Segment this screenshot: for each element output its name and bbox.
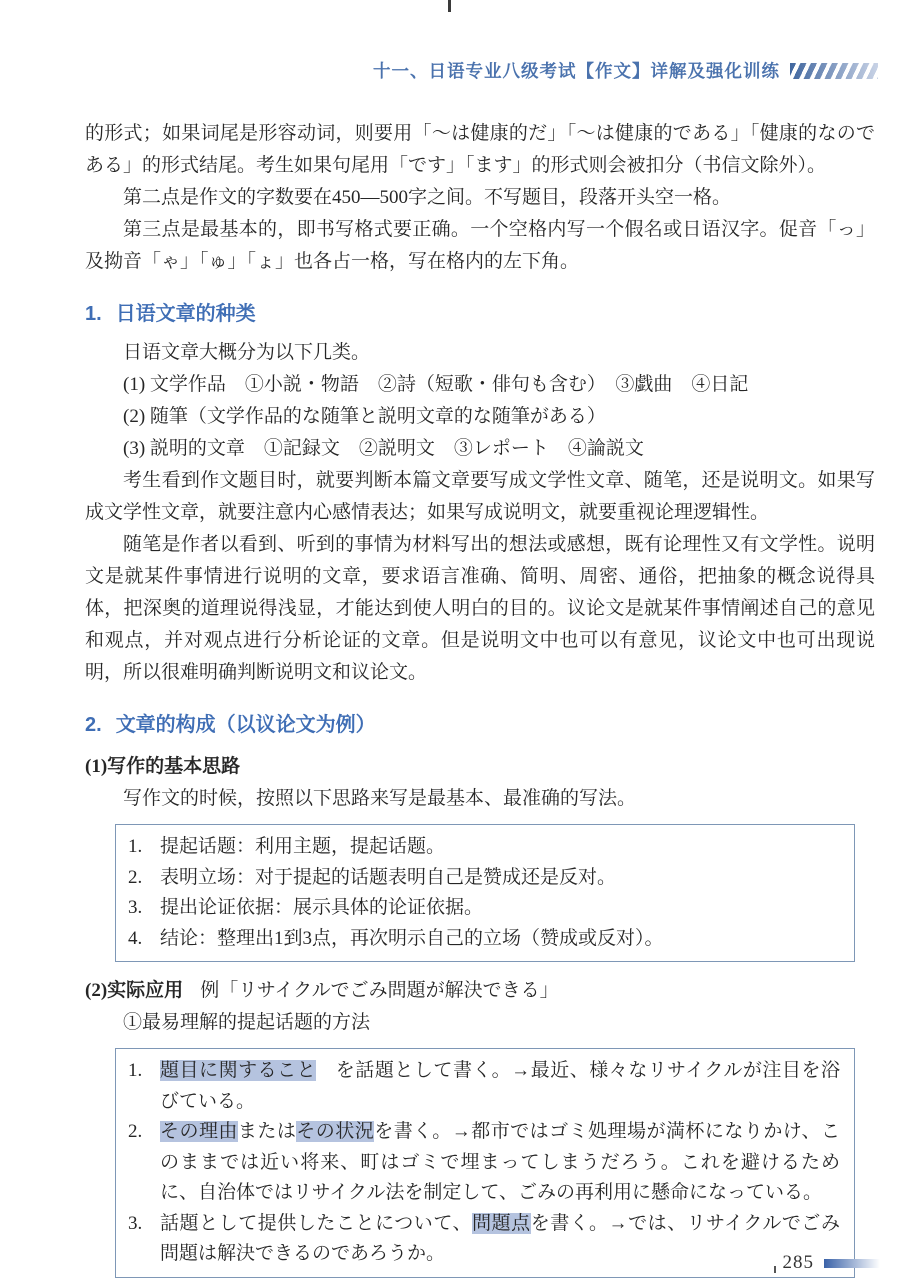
- section-1-paragraph-1: 考生看到作文题目时，就要判断本篇文章要写成文学性文章、随笔，还是说明文。如果写成…: [85, 465, 875, 529]
- highlighted-phrase: その理由: [160, 1121, 238, 1142]
- section-1-heading: 1.日语文章的种类: [85, 298, 875, 330]
- box-item-text: 表明立场：对于提起的话题表明自己是赞成还是反对。: [160, 863, 840, 894]
- chapter-title: 十一、日语专业八级考试【作文】详解及强化训练: [373, 58, 780, 83]
- section-2-heading: 2.文章的构成（以议论文为例）: [85, 709, 875, 741]
- book-page: 十一、日语专业八级考试【作文】详解及强化训练 的形式；如果词尾是形容动词，则要用…: [0, 0, 900, 1286]
- page-content: 的形式；如果词尾是形容动词，则要用「～は健康的だ」「～は健康的である」「健康的な…: [85, 118, 875, 1286]
- box-item: 1. 提起话题：利用主题，提起话题。: [128, 832, 840, 863]
- page-number: 285: [783, 1252, 815, 1274]
- box-item-text: 提起话题：利用主题，提起话题。: [160, 832, 840, 863]
- box-item-number: 3.: [128, 893, 160, 924]
- crop-mark-top: [448, 0, 451, 12]
- method-heading: ①最易理解的提起话题的方法: [85, 1007, 875, 1039]
- subsection-2-label-text: (2)实际应用: [85, 980, 183, 1001]
- type-line-literary: (1) 文学作品 ①小説・物語 ②詩（短歌・俳句も含む） ③戯曲 ④日記: [85, 369, 875, 401]
- section-1-paragraph-2: 随笔是作者以看到、听到的事情为材料写出的想法或感想，既有论理性又有文学性。说明文…: [85, 529, 875, 689]
- slashes-decoration-icon: [790, 63, 878, 79]
- plain-phrase: 話題として提供したことについて、: [160, 1213, 472, 1234]
- box-item-number: 3.: [128, 1209, 160, 1270]
- highlighted-phrase: 題目に関すること: [160, 1060, 316, 1081]
- footer-tick-mark: [774, 1266, 776, 1273]
- subsection-2-label: (2)实际应用例「リサイクルでごみ問題が解決できる」: [85, 975, 875, 1007]
- type-line-expository: (3) 説明的文章 ①記録文 ②説明文 ③レポート ④論説文: [85, 433, 875, 465]
- box-item: 2. 表明立场：对于提起的话题表明自己是赞成还是反对。: [128, 863, 840, 894]
- section-1-title: 日语文章的种类: [116, 303, 256, 325]
- box-item-number: 1.: [128, 1056, 160, 1117]
- type-line-essay: (2) 随筆（文学作品的な随筆と説明文章的な随筆がある）: [85, 401, 875, 433]
- application-box: 1. 題目に関すること を話題として書く。→最近、様々なリサイクルが注目を浴びて…: [115, 1048, 855, 1278]
- box-item-text: その理由またはその状況を書く。→都市ではゴミ処理場が満杯になりかけ、このままでは…: [160, 1117, 840, 1209]
- box-item-number: 4.: [128, 924, 160, 955]
- paragraph-continuation: 的形式；如果词尾是形容动词，则要用「～は健康的だ」「～は健康的である」「健康的な…: [85, 118, 875, 182]
- subsection-2-example: 例「リサイクルでごみ問題が解決できる」: [200, 980, 558, 1001]
- basic-structure-box: 1. 提起话题：利用主题，提起话题。 2. 表明立场：对于提起的话题表明自己是赞…: [115, 824, 855, 962]
- subsection-1-intro: 写作文的时候，按照以下思路来写是最基本、最准确的写法。: [85, 783, 875, 815]
- section-1-number: 1.: [85, 303, 102, 325]
- page-header: 十一、日语专业八级考试【作文】详解及强化训练: [85, 58, 878, 83]
- box-item-text: 題目に関すること を話題として書く。→最近、様々なリサイクルが注目を浴びている。: [160, 1056, 840, 1117]
- footer-bar-decoration: [824, 1259, 880, 1268]
- box-item-number: 2.: [128, 1117, 160, 1209]
- box-item-number: 1.: [128, 832, 160, 863]
- box-item: 3. 話題として提供したことについて、問題点を書く。→では、リサイクルでごみ問題…: [128, 1209, 840, 1270]
- section-2-number: 2.: [85, 714, 102, 736]
- highlighted-phrase: その状況: [296, 1121, 374, 1142]
- paragraph-second-point: 第二点是作文的字数要在450—500字之间。不写题目，段落开头空一格。: [85, 182, 875, 214]
- box-item: 2. その理由またはその状況を書く。→都市ではゴミ処理場が満杯になりかけ、このま…: [128, 1117, 840, 1209]
- box-item: 3. 提出论证依据：展示具体的论证依据。: [128, 893, 840, 924]
- plain-phrase: または: [238, 1121, 296, 1142]
- box-item-text: 提出论证依据：展示具体的论证依据。: [160, 893, 840, 924]
- paragraph-third-point: 第三点是最基本的，即书写格式要正确。一个空格内写一个假名或日语汉字。促音「っ」及…: [85, 214, 875, 278]
- box-item-number: 2.: [128, 863, 160, 894]
- page-footer: 285: [774, 1252, 880, 1274]
- box-item: 1. 題目に関すること を話題として書く。→最近、様々なリサイクルが注目を浴びて…: [128, 1056, 840, 1117]
- box-item-text: 结论：整理出1到3点，再次明示自己的立场（赞成或反对）。: [160, 924, 840, 955]
- section-1-intro: 日语文章大概分为以下几类。: [85, 337, 875, 369]
- highlighted-phrase: 問題点: [472, 1213, 531, 1234]
- box-item-text: 話題として提供したことについて、問題点を書く。→では、リサイクルでごみ問題は解決…: [160, 1209, 840, 1270]
- section-2-title: 文章的构成（以议论文为例）: [116, 714, 376, 736]
- subsection-1-label: (1)写作的基本思路: [85, 751, 875, 783]
- box-item: 4. 结论：整理出1到3点，再次明示自己的立场（赞成或反对）。: [128, 924, 840, 955]
